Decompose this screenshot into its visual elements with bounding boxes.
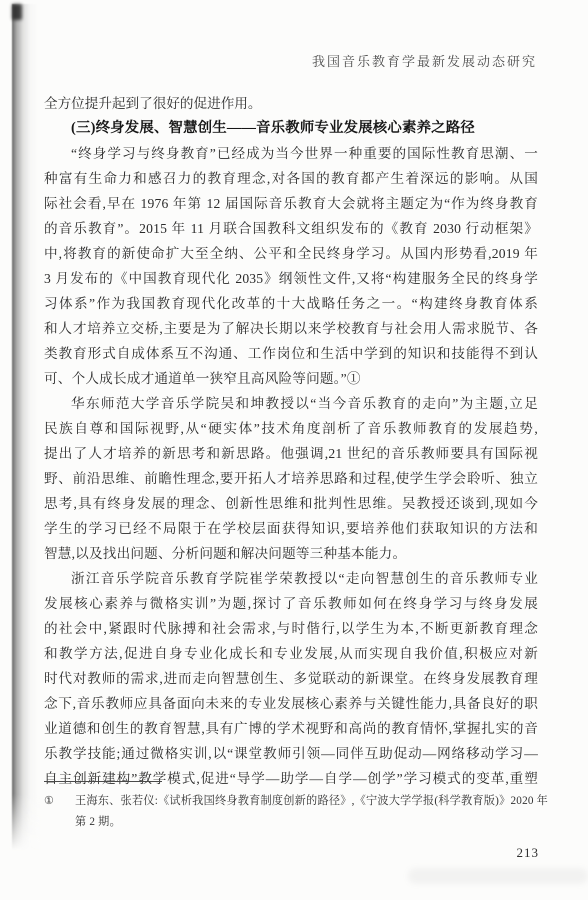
text-line: 和人才培养立交桥,主要是为了解决长期以来学校教育与社会用人需求脱节、各: [44, 316, 538, 341]
text-line: 际社会看,早在 1976 年第 12 届国际音乐教育大会就将主题定为“作为终身教…: [44, 191, 538, 216]
footnote: ① 王海东、张若仪:《试析我国终身教育制度创新的路径》,《宁波大学学报(科学教育…: [44, 781, 544, 833]
intro-line: 全方位提升起到了很好的促进作用。: [44, 91, 538, 116]
text-line: 中,将教育的新使命扩大至全纳、公平和全民终身学习。从国内形势看,2019 年: [44, 241, 538, 266]
body-paragraphs: “终身学习与终身教育”已经成为当今世界一种重要的国际性教育思潮、一种富有生命力和…: [44, 141, 538, 791]
running-head: 我国音乐教育学最新发展动态研究: [312, 51, 537, 70]
scanned-book-page: 我国音乐教育学最新发展动态研究 全方位提升起到了很好的促进作用。 (三)终身发展…: [0, 0, 588, 900]
text-line: 的音乐教育”。2015 年 11 月联合国教科文组织发布的《教育 2030 行动…: [44, 216, 538, 241]
text-line: 时代对教师的需求,进而走向智慧创生、多觉联动的新课堂。在终身发展教育理: [44, 666, 538, 691]
paragraph: 浙江音乐学院音乐教育学院崔学荣教授以“走向智慧创生的音乐教师专业发展核心素养与微…: [44, 566, 538, 791]
footnote-text: 王海东、张若仪:《试析我国终身教育制度创新的路径》,《宁波大学学报(科学教育版)…: [75, 791, 548, 833]
text-line: 提出了人才培养的新思考和新思路。他强调,21 世纪的音乐教师要具有国际视: [44, 441, 538, 466]
scan-smudge: [408, 868, 588, 884]
text-line: 的社会中,紧跟时代脉搏和社会需求,与时偕行,以学生为本,不断更新教育理念: [44, 616, 538, 641]
paragraph: “终身学习与终身教育”已经成为当今世界一种重要的国际性教育思潮、一种富有生命力和…: [44, 141, 538, 391]
text-line: 野、前沿思维、前瞻性理念,要开拓人才培养思路和过程,使学生学会聆听、独立: [44, 466, 538, 491]
page-body: 全方位提升起到了很好的促进作用。 (三)终身发展、智慧创生——音乐教师专业发展核…: [44, 91, 538, 791]
text-line: 智慧,以及找出问题、分析问题和解决问题等三种基本能力。: [44, 541, 538, 566]
text-line: “终身学习与终身教育”已经成为当今世界一种重要的国际性教育思潮、一: [44, 141, 538, 166]
text-line: 业道德和创生的教育智慧,具有广博的学术视野和高尚的教育情怀,掌握扎实的音: [44, 716, 538, 741]
page-number: 213: [517, 845, 540, 861]
text-line: 学生的学习已经不局限于在学校层面获得知识,要培养他们获取知识的方法和: [44, 516, 538, 541]
text-line: 种富有生命力和感召力的教育理念,对各国的教育都产生着深远的影响。从国: [44, 166, 538, 191]
text-line: 可、个人成长成才通道单一狭窄且高风险等问题。”①: [44, 366, 538, 391]
text-line: 3 月发布的《中国教育现代化 2035》纲领性文件,又将“构建服务全民的终身学: [44, 266, 538, 291]
paragraph: 华东师范大学音乐学院吴和坤教授以“当今音乐教育的走向”为主题,立足民族自尊和国际…: [44, 391, 538, 566]
text-line: 民族自尊和国际视野,从“硬实体”技术角度剖析了音乐教师教育的发展趋势,: [44, 416, 538, 441]
footnote-line: 王海东、张若仪:《试析我国终身教育制度创新的路径》,《宁波大学学报(科学教育版)…: [75, 791, 548, 812]
text-line: 发展核心素养与微格实训”为题,探讨了音乐教师如何在终身学习与终身发展: [44, 591, 538, 616]
text-line: 和教学方法,促进自身专业化成长和专业发展,从而实现自我价值,积极应对新: [44, 641, 538, 666]
text-line: 乐教学技能;通过微格实训,以“课堂教师引领—同伴互助促动—网络移动学习—: [44, 741, 538, 766]
footnote-line: 第 2 期。: [75, 812, 548, 833]
footnote-marker: ①: [44, 791, 75, 833]
text-line: 习体系”作为我国教育现代化改革的十大战略任务之一。“构建终身教育体系: [44, 291, 538, 316]
text-line: 类教育形式自成体系互不沟通、工作岗位和生活中学到的知识和技能得不到认: [44, 341, 538, 366]
section-heading: (三)终身发展、智慧创生——音乐教师专业发展核心素养之路径: [44, 116, 538, 141]
text-line: 浙江音乐学院音乐教育学院崔学荣教授以“走向智慧创生的音乐教师专业: [44, 566, 538, 591]
book-spine-shadow: [12, 4, 38, 860]
text-line: 华东师范大学音乐学院吴和坤教授以“当今音乐教育的走向”为主题,立足: [44, 391, 538, 416]
footnote-divider: [44, 781, 162, 782]
text-line: 念下,音乐教师应具备面向未来的专业发展核心素养与关键性能力,具备良好的职: [44, 691, 538, 716]
text-line: 思考,具有终身发展的理念、创新性思维和批判性思维。吴教授还谈到,现如今: [44, 491, 538, 516]
